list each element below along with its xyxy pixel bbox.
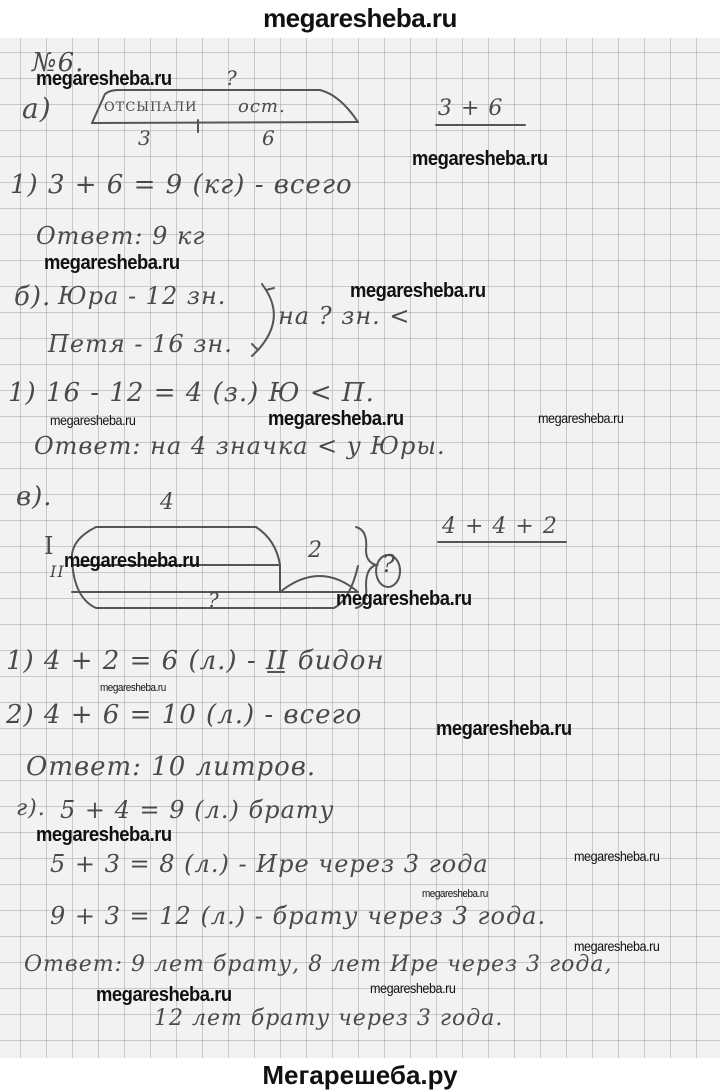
part-v-extra-value: 2 xyxy=(308,538,323,563)
watermark: megaresheba.ru xyxy=(574,938,659,954)
part-a-segment2-value: 6 xyxy=(262,126,276,150)
site-header-title: megaresheba.ru xyxy=(0,0,720,38)
part-v-row2-label: II xyxy=(50,562,65,581)
watermark: megaresheba.ru xyxy=(370,980,455,996)
watermark: megaresheba.ru xyxy=(50,412,135,428)
part-v-expression: 4 + 4 + 2 xyxy=(442,514,558,539)
watermark: megaresheba.ru xyxy=(268,408,404,431)
part-g-step-2: 5 + 3 = 8 (л.) - Ире через 3 года xyxy=(50,850,489,878)
watermark: megaresheba.ru xyxy=(64,550,200,573)
part-v-top-value: 4 xyxy=(160,490,175,515)
part-b-line-2: Петя - 16 зн. xyxy=(48,330,233,358)
part-b-comparison: на ? зн. < xyxy=(278,302,411,330)
part-b-answer: Ответ: на 4 значка < у Юры. xyxy=(34,432,446,460)
part-a-segment1-value: 3 xyxy=(138,126,152,150)
watermark: megaresheba.ru xyxy=(100,682,166,694)
part-b-step-1: 1) 16 - 12 = 4 (з.) Ю < П. xyxy=(8,378,375,408)
part-a-answer: Ответ: 9 кг xyxy=(36,222,205,250)
watermark: megaresheba.ru xyxy=(422,888,488,900)
part-a-step-1: 1) 3 + 6 = 9 (кг) - всего xyxy=(10,170,353,200)
part-v-step-2: 2) 4 + 6 = 10 (л.) - всего xyxy=(6,700,362,730)
watermark: megaresheba.ru xyxy=(574,848,659,864)
watermark: megaresheba.ru xyxy=(36,68,172,91)
watermark: megaresheba.ru xyxy=(36,824,172,847)
part-g-step-1: 5 + 4 = 9 (л.) брату xyxy=(60,796,334,824)
part-b-label: б). xyxy=(14,282,51,312)
part-a-label: а) xyxy=(22,92,52,125)
watermark: megaresheba.ru xyxy=(436,718,572,741)
part-v-answer: Ответ: 10 литров. xyxy=(26,752,316,782)
part-g-answer-line-2: 12 лет брату через 3 года. xyxy=(154,1006,503,1031)
part-a-question: ? xyxy=(226,66,238,90)
part-a-segment2-label: ост. xyxy=(238,96,286,117)
watermark: megaresheba.ru xyxy=(336,588,472,611)
part-v-label: в). xyxy=(16,482,53,512)
part-v-row1-label: I xyxy=(44,532,54,560)
site-footer-title: Мегарешеба.ру xyxy=(0,1058,720,1092)
part-v-total-question: ? xyxy=(382,550,396,578)
part-b-line-1: Юра - 12 зн. xyxy=(58,282,226,310)
part-g-step-3: 9 + 3 = 12 (л.) - брату через 3 года. xyxy=(50,902,546,930)
part-a-expression: 3 + 6 xyxy=(438,96,503,121)
watermark: megaresheba.ru xyxy=(412,148,548,171)
part-g-answer-line-1: Ответ: 9 лет брату, 8 лет Ире через 3 го… xyxy=(24,952,612,977)
part-v-step-1: 1) 4 + 2 = 6 (л.) - II бидон xyxy=(6,646,385,676)
watermark: megaresheba.ru xyxy=(44,252,180,275)
part-a-segment1-label: отсыпали xyxy=(104,100,197,115)
watermark: megaresheba.ru xyxy=(350,280,486,303)
watermark: megaresheba.ru xyxy=(96,984,232,1007)
part-v-bottom-question: ? xyxy=(208,588,220,612)
watermark: megaresheba.ru xyxy=(538,410,623,426)
part-g-label: г). xyxy=(16,796,46,821)
